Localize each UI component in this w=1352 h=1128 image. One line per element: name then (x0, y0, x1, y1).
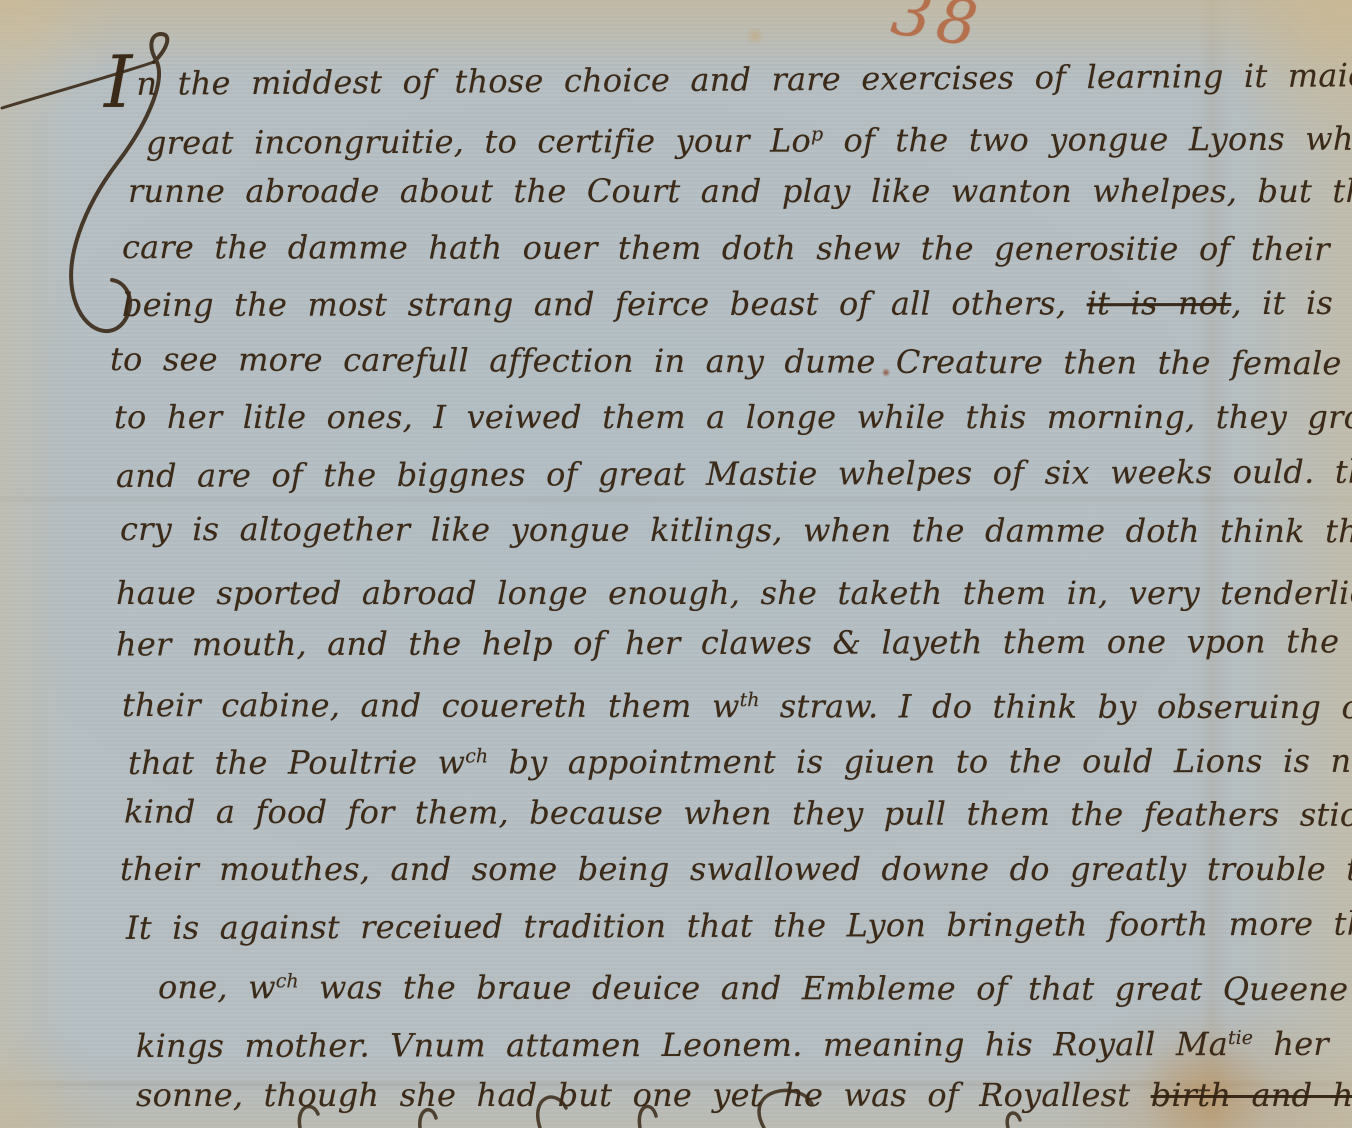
text-line: kind a food for them, because when they … (0, 783, 1352, 843)
text-segment: her mouth, and the help of her clawes & … (116, 622, 1352, 664)
text-segment: their mouthes, and some being swallowed … (120, 850, 1352, 888)
text-segment-strike: it is not (1087, 284, 1232, 322)
text-line: to see more carefull affection in any du… (0, 330, 1352, 391)
text-line: cry is altogether like yongue kitlings, … (0, 501, 1352, 560)
text-segment: care the damme hath ouer them doth shew … (122, 228, 1352, 268)
text-line: and are of the biggnes of great Mastie w… (0, 443, 1352, 504)
text-segment: haue sported abroad longe enough, she ta… (116, 574, 1352, 612)
text-segment: n the middest of those choice and rare e… (136, 55, 1352, 103)
cutoff-line-strokes (0, 1078, 1352, 1128)
paper-blemish (744, 28, 766, 44)
text-line: their cabine, and couereth them wth stra… (0, 670, 1352, 729)
text-line: great incongruitie, to certifie your Lop… (0, 104, 1352, 165)
text-line: that the Poultrie wch by appointment is … (0, 727, 1352, 786)
text-line: to her litle ones, I veiwed them a longe… (0, 389, 1352, 446)
text-segment-sup: tie (1228, 1026, 1253, 1048)
text-segment: cry is altogether like yongue kitlings, … (120, 510, 1352, 550)
text-segment-sup: ch (276, 970, 299, 992)
text-line: haue sported abroad longe enough, she ta… (0, 559, 1352, 616)
text-segment-sup: ch (465, 745, 488, 767)
foxing-spot (882, 368, 890, 377)
text-segment: to her litle ones, I veiwed them a longe… (114, 398, 1352, 436)
text-segment: by appointment is giuen to the ould Lion… (488, 742, 1352, 782)
text-segment: and are of the biggnes of great Mastie w… (116, 452, 1352, 495)
text-segment: kings mother. Vnum attamen Leonem. meani… (136, 1025, 1228, 1065)
text-segment: great incongruitie, to certifie your Lo (146, 121, 811, 161)
text-segment: that the Poultrie w (128, 743, 465, 782)
text-segment: to see more carefull affection in any du… (110, 340, 1352, 383)
text-line: her mouth, and the help of her clawes & … (0, 613, 1352, 673)
text-line: their mouthes, and some being swallowed … (0, 841, 1352, 898)
manuscript-text: In the middest of those choice and rare … (0, 50, 1352, 1124)
text-segment: It is against receiued tradition that th… (126, 904, 1352, 946)
text-segment: her (1253, 1024, 1329, 1062)
text-line: care the damme hath ouer them doth shew … (0, 218, 1352, 277)
text-segment: one, w (158, 968, 276, 1006)
text-segment: runne abroade about the Court and play l… (128, 172, 1352, 210)
text-line: It is against receiued tradition that th… (0, 895, 1352, 956)
text-segment: was the braue deuice and Embleme of that… (299, 968, 1352, 1008)
text-line: In the middest of those choice and rare … (0, 45, 1352, 111)
text-segment: their cabine, and couereth them w (122, 686, 740, 725)
text-line: runne abroade about the Court and play l… (0, 163, 1352, 220)
text-segment-sup: p (811, 123, 823, 145)
text-line: one, wch was the braue deuice and Emblem… (0, 953, 1352, 1012)
text-segment: of the two yongue Lyons whelpes, how the… (823, 118, 1352, 159)
manuscript-page: 38 In the middest of those choice and ra… (0, 0, 1352, 1128)
text-line: being the most strang and feirce beast o… (0, 275, 1352, 334)
text-line: kings mother. Vnum attamen Leonem. meani… (0, 1009, 1352, 1068)
text-segment: straw. I do think by obseruing of them (759, 687, 1352, 726)
text-segment: being the most strang and feirce beast o… (122, 284, 1087, 324)
text-segment-sup: th (740, 689, 760, 711)
text-segment: kind a food for them, because when they … (124, 792, 1352, 833)
text-segment: , it is not possible (1231, 283, 1352, 322)
